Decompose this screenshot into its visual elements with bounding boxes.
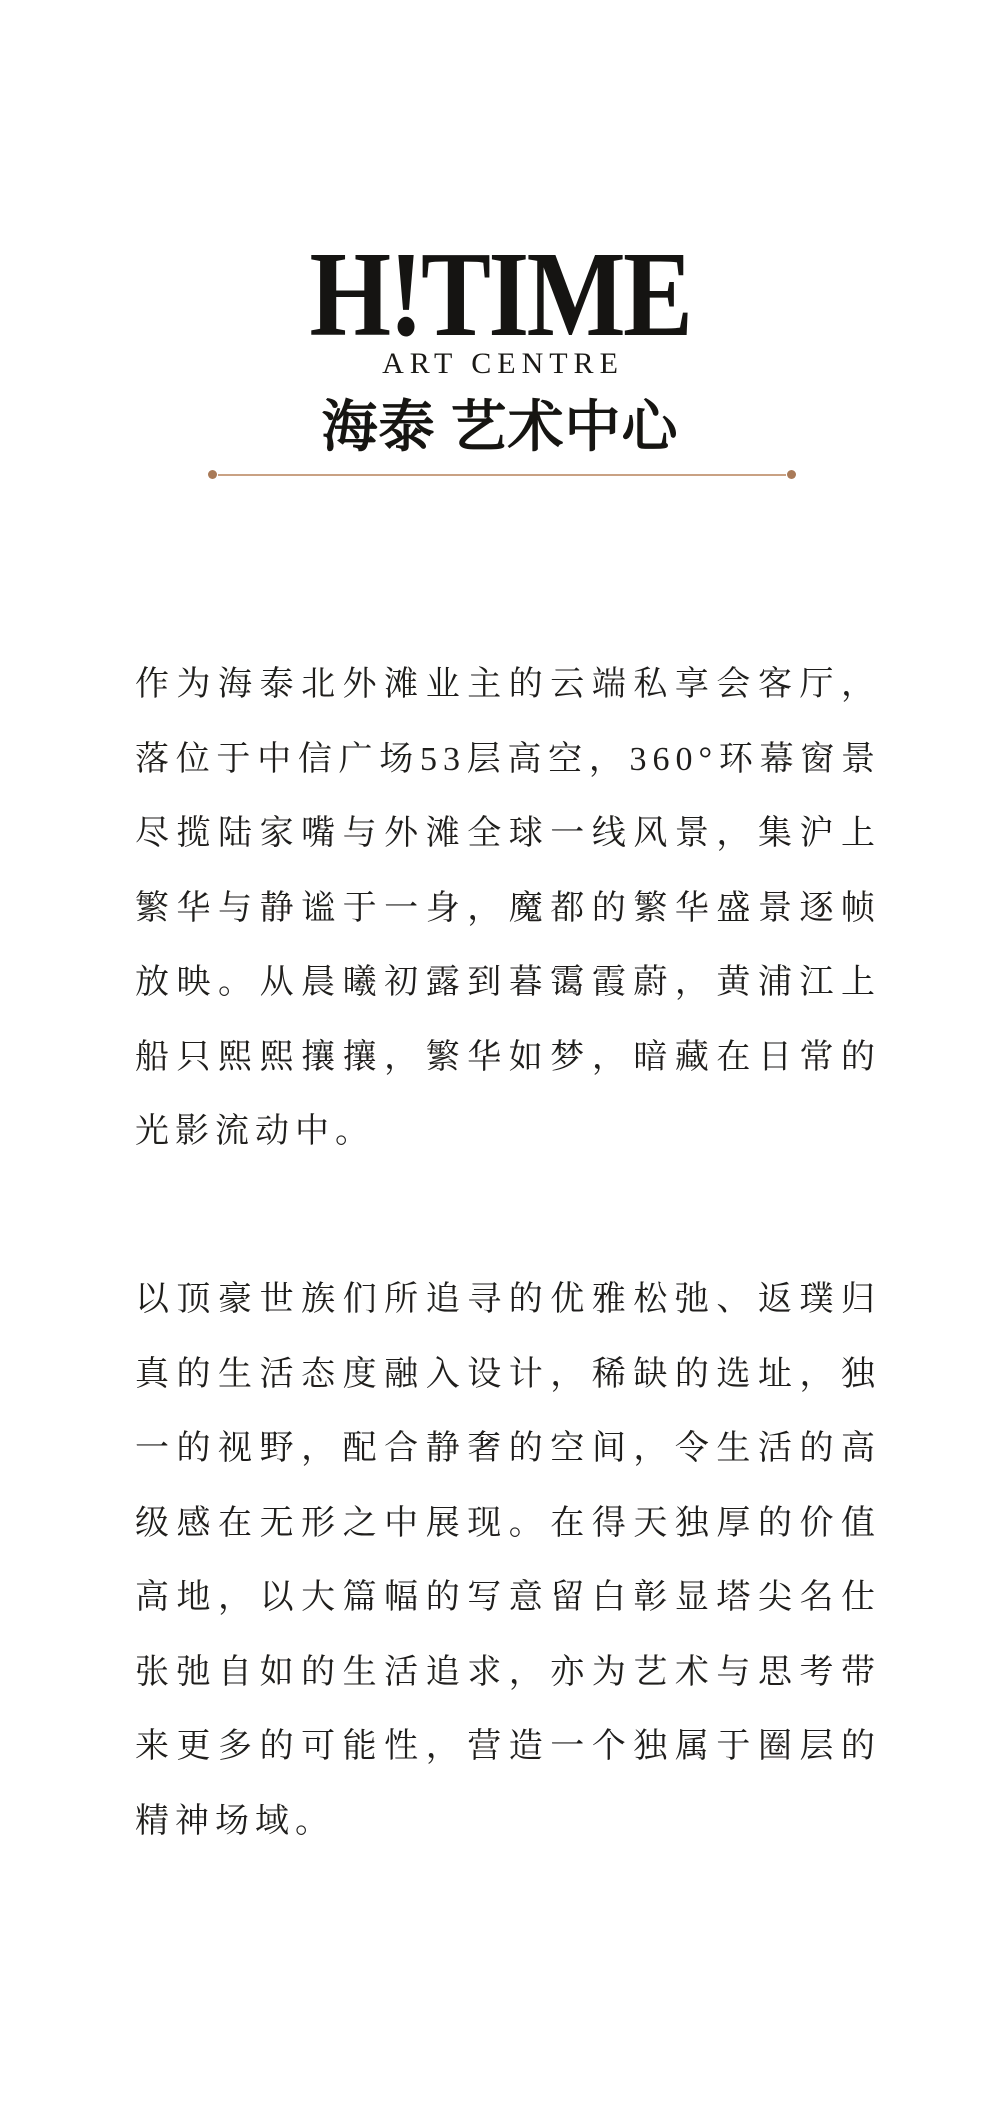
text-line: 精神场域。: [135, 1785, 881, 1860]
text-line: 来更多的可能性，营造一个独属于圈层的: [135, 1710, 881, 1785]
text-line: 落位于中信广场53层高空，360°环幕窗景: [135, 723, 881, 798]
article-page: H!TIME ART CENTRE 海泰 艺术中心 作为海泰北外滩业主的云端私享…: [0, 0, 1000, 2120]
paragraph-1: 作为海泰北外滩业主的云端私享会客厅，落位于中信广场53层高空，360°环幕窗景尽…: [135, 648, 881, 1170]
text-line: 张弛自如的生活追求，亦为艺术与思考带: [135, 1636, 881, 1711]
text-line: 级感在无形之中展现。在得天独厚的价值: [135, 1487, 881, 1562]
logo-divider: [208, 470, 796, 479]
logo-wordmark: H!TIME: [70, 234, 930, 356]
divider-rule: [218, 474, 786, 476]
text-line: 一的视野，配合静奢的空间，令生活的高: [135, 1412, 881, 1487]
text-line: 光影流动中。: [135, 1095, 881, 1170]
text-line: 真的生活态度融入设计，稀缺的选址，独: [135, 1338, 881, 1413]
divider-right-dot: [787, 470, 796, 479]
logo-chinese-name: 海泰 艺术中心: [0, 398, 1000, 460]
text-line: 以顶豪世族们所追寻的优雅松弛、返璞归: [135, 1263, 881, 1338]
text-line: 作为海泰北外滩业主的云端私享会客厅，: [135, 648, 881, 723]
text-line: 繁华与静谧于一身，魔都的繁华盛景逐帧: [135, 872, 881, 947]
divider-left-dot: [208, 470, 217, 479]
text-line: 尽揽陆家嘴与外滩全球一线风景，集沪上: [135, 797, 881, 872]
text-line: 船只熙熙攘攘，繁华如梦，暗藏在日常的: [135, 1021, 881, 1096]
text-line: 高地，以大篇幅的写意留白彰显塔尖名仕: [135, 1561, 881, 1636]
paragraph-2: 以顶豪世族们所追寻的优雅松弛、返璞归真的生活态度融入设计，稀缺的选址，独一的视野…: [135, 1263, 881, 1859]
text-line: 放映。从晨曦初露到暮霭霞蔚，黄浦江上: [135, 946, 881, 1021]
logo-subtitle: ART CENTRE: [0, 349, 1000, 379]
